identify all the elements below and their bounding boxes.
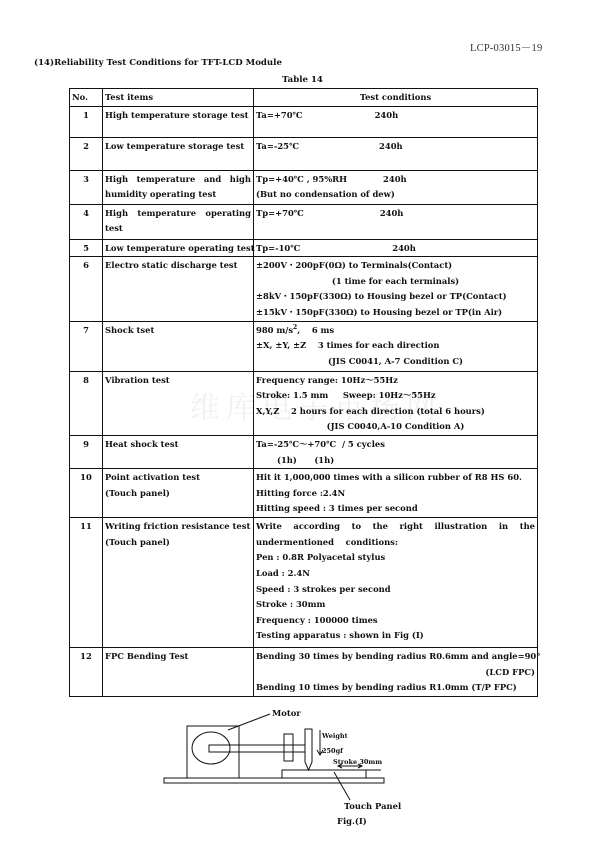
condition-line: Pen : 0.8R Polyacetal stylus [256, 550, 535, 566]
table-row: 6 Electro static discharge test ±200V・20… [70, 257, 538, 321]
condition-temperature: Tp=+70℃ [256, 208, 304, 218]
base-plate [164, 778, 384, 783]
condition-line: (LCD FPC) [256, 665, 535, 681]
condition-temperature: Ta=-25℃ [256, 141, 299, 151]
test-item-line: test [105, 221, 251, 237]
test-item: Vibration test [105, 373, 251, 389]
test-item-line: humidity operating test [105, 187, 251, 203]
condition-note: (But no condensation of dew) [256, 187, 535, 203]
condition-line: ±8kV・150pF(330Ω) to Housing bezel or TP(… [256, 289, 535, 305]
header-test-conditions: Test conditions [254, 89, 538, 107]
motor-label: Motor [272, 708, 301, 718]
condition-duration: 240h [379, 141, 403, 151]
row-number: 5 [70, 239, 103, 257]
condition-line: ±200V・200pF(0Ω) to Terminals(Contact) [256, 258, 535, 274]
section-title: (14)Reliability Test Conditions for TFT-… [34, 58, 282, 68]
condition-line: Write according to the right illustratio… [256, 519, 535, 535]
header-no: No. [70, 89, 103, 107]
test-item: FPC Bending Test [105, 649, 251, 665]
condition-line: Testing apparatus : shown in Fig (I) [256, 628, 535, 644]
row-number: 1 [70, 106, 103, 137]
condition-line: Hit it 1,000,000 times with a silicon ru… [256, 470, 535, 486]
condition-standard: (JIS C0041, A-7 Condition C) [256, 354, 535, 370]
table-header-row: No. Test items Test conditions [70, 89, 538, 107]
condition-line: Hitting force :2.4N [256, 486, 535, 502]
condition-line: Load : 2.4N [256, 566, 535, 582]
test-item: Electro static discharge test [105, 258, 251, 274]
table-row: 4 High temperature operating test Tp=+70… [70, 204, 538, 239]
stroke-label: Stroke 30mm [333, 758, 382, 766]
condition-line: Speed : 3 strokes per second [256, 582, 535, 598]
table-row: 7 Shock tset 980 m/s2, 6 ms ±X, ±Y, ±Z 3… [70, 321, 538, 371]
weight-value: 250gf [322, 747, 343, 755]
test-item-line: High temperature and high [105, 172, 251, 188]
reliability-test-table: No. Test items Test conditions 1 High te… [69, 88, 538, 697]
document-id: LCP-03015－19 [470, 40, 542, 55]
condition-line: X,Y,Z 2 hours for each direction (total … [256, 404, 535, 420]
table-row: 3 High temperature and high humidity ope… [70, 170, 538, 204]
condition-standard: (JIS C0040,A-10 Condition A) [256, 419, 535, 435]
table-row: 2 Low temperature storage test Ta=-25℃24… [70, 137, 538, 170]
condition-line: ±X, ±Y, ±Z 3 times for each direction [256, 338, 535, 354]
row-number: 10 [70, 469, 103, 518]
condition-duration: 240h [375, 110, 399, 120]
row-number: 12 [70, 648, 103, 697]
row-number: 4 [70, 204, 103, 239]
condition-line: Stroke: 1.5 mm Sweep: 10Hz～55Hz [256, 388, 535, 404]
condition-duration: 240h [383, 174, 407, 184]
test-item-line: (Touch panel) [105, 486, 251, 502]
motor-wheel [192, 732, 230, 764]
table-row: 12 FPC Bending Test Bending 30 times by … [70, 648, 538, 697]
row-number: 6 [70, 257, 103, 321]
row-number: 8 [70, 371, 103, 435]
test-item: Shock tset [105, 323, 251, 339]
condition-duration: , 6 ms [297, 325, 334, 335]
table-row: 11 Writing friction resistance test (Tou… [70, 518, 538, 648]
condition-line: Bending 30 times by bending radius R0.6m… [256, 649, 535, 665]
table-caption: Table 14 [0, 75, 595, 85]
condition-temperature-humidity: Tp=+40℃ , 95%RH [256, 174, 347, 184]
condition-line: Ta=-25℃～+70℃ / 5 cycles [256, 437, 535, 453]
figure-caption: Fig.(I) [337, 816, 367, 826]
stylus [305, 729, 312, 770]
condition-line: Stroke : 30mm [256, 597, 535, 613]
table-row: 1 High temperature storage test Ta=+70℃2… [70, 106, 538, 137]
table-row: 8 Vibration test Frequency range: 10Hz～5… [70, 371, 538, 435]
arm-block [284, 734, 293, 761]
row-number: 9 [70, 435, 103, 468]
test-item-line: High temperature operating [105, 206, 251, 222]
condition-temperature: Ta=+70℃ [256, 110, 303, 120]
condition-line: Hitting speed : 3 times per second [256, 501, 535, 517]
touch-panel [282, 770, 366, 778]
test-item: High temperature storage test [105, 108, 251, 124]
table-row: 9 Heat shock test Ta=-25℃～+70℃ / 5 cycle… [70, 435, 538, 468]
apparatus-diagram [150, 700, 430, 840]
condition-line: ±15kV・150pF(330Ω) to Housing bezel or TP… [256, 305, 535, 321]
condition-line: Frequency range: 10Hz～55Hz [256, 373, 535, 389]
table-row: 10 Point activation test (Touch panel) H… [70, 469, 538, 518]
figure-test-apparatus: Motor Weight 250gf Stroke 30mm Touch Pan… [150, 700, 430, 840]
row-number: 2 [70, 137, 103, 170]
test-item: Heat shock test [105, 437, 251, 453]
test-item-line: Writing friction resistance test [105, 519, 251, 535]
test-item-line: Point activation test [105, 470, 251, 486]
weight-label: Weight [322, 732, 348, 740]
condition-line: (1h) (1h) [256, 453, 535, 469]
arm [209, 745, 305, 752]
condition-acceleration: 980 m/s [256, 325, 293, 335]
row-number: 3 [70, 170, 103, 204]
condition-duration: 240h [392, 243, 416, 253]
condition-line: Frequency : 100000 times [256, 613, 535, 629]
condition-temperature: Tp=-10℃ [256, 243, 300, 253]
touch-panel-label: Touch Panel [344, 801, 401, 811]
condition-duration: 240h [380, 208, 404, 218]
table-row: 5 Low temperature operating test Tp=-10℃… [70, 239, 538, 257]
condition-line: undermentioned conditions: [256, 535, 535, 551]
condition-line: (1 time for each terminals) [256, 274, 535, 290]
test-item: Low temperature storage test [105, 139, 251, 155]
header-test-items: Test items [103, 89, 254, 107]
test-item-line: (Touch panel) [105, 535, 251, 551]
row-number: 11 [70, 518, 103, 648]
condition-line: Bending 10 times by bending radius R1.0m… [256, 680, 535, 696]
test-item: Low temperature operating test [105, 241, 251, 257]
row-number: 7 [70, 321, 103, 371]
